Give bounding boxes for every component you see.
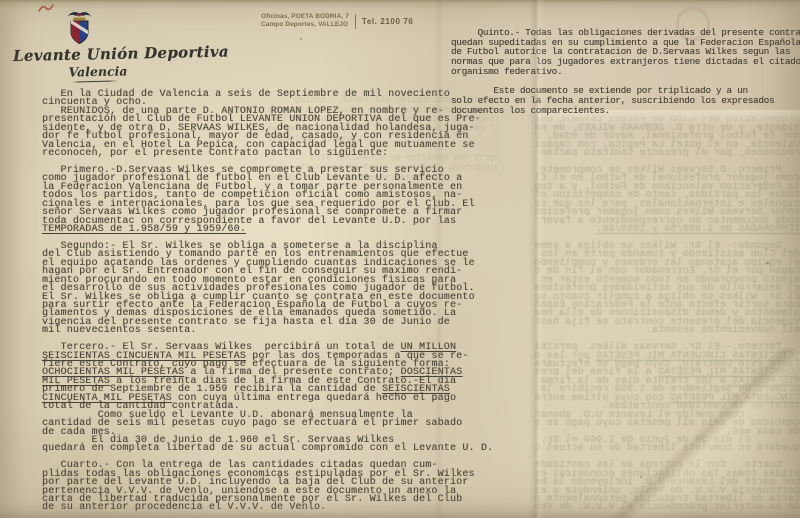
paper-speck: [766, 262, 769, 264]
office-address-line1: Oficinas, POETA BODRIA, 7: [261, 13, 349, 21]
letterhead-flourish: [72, 80, 118, 83]
bleed-through-text: En la Ciudad de Valencia a seis de Septi…: [534, 116, 800, 516]
contract-line: mil nuevecientos sesenta.: [42, 327, 498, 335]
paper-speck: [640, 476, 642, 478]
contract-line: de su anterior procedencia el V.V.V. de …: [42, 504, 498, 512]
letterhead-city: Valencia: [58, 63, 138, 79]
contract-line: reconocen, por el presente Contrato pact…: [42, 150, 498, 158]
letterhead-club-name: Levante Unión Deportiva: [13, 43, 203, 65]
bleed-line: quedará en completa libertad de su actua…: [534, 445, 800, 453]
bleed-line: de su anterior procedencia el V.V.V. de …: [534, 504, 800, 512]
contract-continuation-text: Quinto.- Todas las obligaciones derivada…: [451, 28, 800, 115]
office-address-line2: Campo Deportes, VALLEJO: [261, 21, 349, 29]
red-pencil-mark-icon: [37, 2, 55, 14]
contract-line: organismo federativo.: [451, 67, 800, 77]
club-crest-icon: [66, 8, 93, 46]
contract-line: documentos los comparecientes.: [451, 106, 800, 116]
bleed-line: reconocen, por el presente Contrato pact…: [534, 150, 800, 158]
letterhead-phone: Tel. 2100 76: [362, 17, 414, 26]
bleed-line: TEMPORADAS de 1.958/59 y 1959/60.: [534, 226, 800, 234]
office-divider: [355, 14, 356, 29]
paper-speck: [300, 38, 302, 40]
contract-line: TEMPORADAS de 1.958/59 y 1959/60.: [42, 226, 498, 234]
contract-line: quedará en completa libertad de su actua…: [42, 445, 498, 453]
contract-scan-page: Levante Unión Deportiva Valencia Oficina…: [0, 0, 800, 518]
letterhead-office-info: Oficinas, POETA BODRIA, 7 Campo Deportes…: [261, 13, 413, 29]
bleed-line: mil nuevecientos sesenta.: [534, 327, 800, 335]
contract-body-text: En la Ciudad de Valencia a seis de Septi…: [42, 91, 498, 513]
